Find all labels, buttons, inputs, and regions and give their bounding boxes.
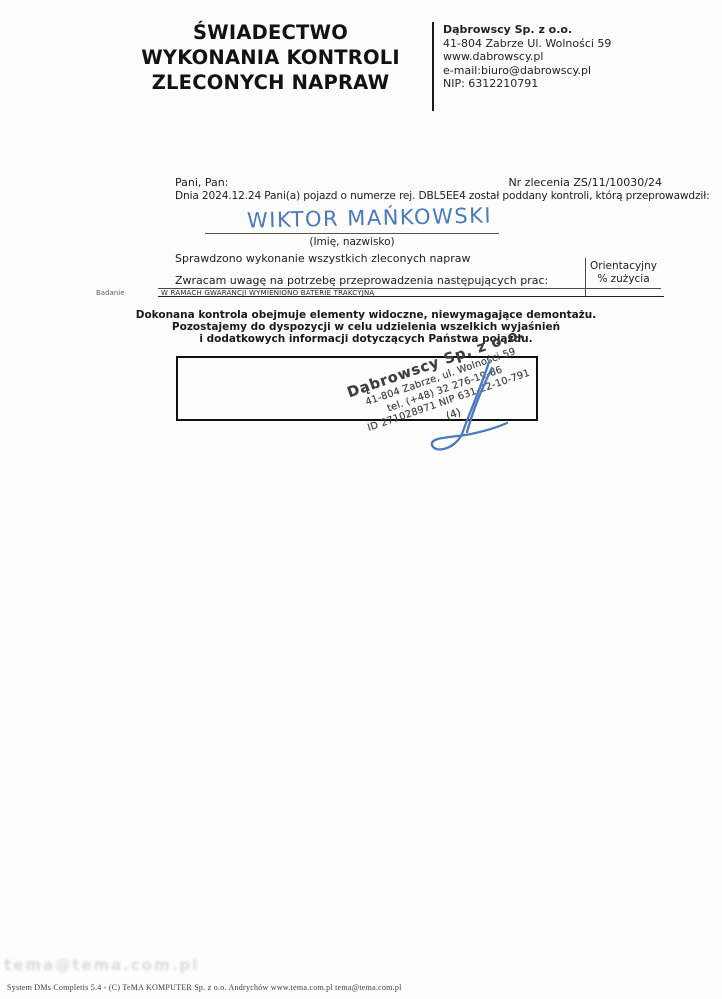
wear-header-line-1: Orientacyjny (586, 260, 661, 273)
company-email: e-mail:biuro@dabrowscy.pl (443, 64, 611, 78)
wear-column-header: Orientacyjny % zużycia (586, 260, 661, 286)
margin-label: Badanie (96, 289, 125, 297)
company-website: www.dabrowscy.pl (443, 50, 611, 64)
document-page: ŚWIADECTWO WYKONANIA KONTROLI ZLECONYCH … (0, 0, 722, 999)
watermark-ghost: tema@tema.com.pl (4, 956, 199, 974)
table-line-bottom (158, 296, 664, 297)
notice-line-2: Pozostajemy do dyspozycji w celu udziele… (60, 322, 672, 334)
title-line-3: ZLECONYCH NAPRAW (128, 70, 413, 95)
title-line-2: WYKONANIA KONTROLI (128, 45, 413, 70)
checked-line: Sprawdzono wykonanie wszystkich zleconyc… (175, 252, 470, 265)
company-name: Dąbrowscy Sp. z o.o. (443, 23, 611, 37)
footer-system-line: System DMs Completis 5.4 - (C) TeMA KOMP… (7, 983, 402, 992)
company-nip: NIP: 6312210791 (443, 77, 611, 91)
title-line-1: ŚWIADECTWO (128, 20, 413, 45)
intro-line: Dnia 2024.12.24 Pani(a) pojazd o numerze… (175, 190, 695, 202)
wear-header-line-2: % zużycia (586, 273, 661, 286)
company-address: 41-804 Zabrze Ul. Wolności 59 (443, 37, 611, 51)
name-underline (205, 233, 499, 234)
handwritten-name: WIKTOR MAŃKOWSKI (247, 203, 493, 232)
company-info: Dąbrowscy Sp. z o.o. 41-804 Zabrze Ul. W… (443, 23, 611, 91)
salutation: Pani, Pan: (175, 176, 228, 189)
document-title: ŚWIADECTWO WYKONANIA KONTROLI ZLECONYCH … (128, 20, 413, 95)
signature-scribble-icon (405, 352, 520, 452)
header-divider (432, 22, 434, 111)
salutation-row: Pani, Pan: Nr zlecenia ZS/11/10030/24 (175, 176, 662, 189)
table-vertical-line (585, 258, 586, 297)
notice-line-3: i dodatkowych informacji dotyczących Pań… (60, 334, 672, 346)
attention-line: Zwracam uwagę na potrzebę przeprowadzeni… (175, 274, 548, 287)
notice-paragraph: Dokonana kontrola obejmuje elementy wido… (60, 310, 672, 345)
name-caption: (Imię, nazwisko) (205, 236, 499, 248)
order-number: Nr zlecenia ZS/11/10030/24 (508, 176, 662, 189)
